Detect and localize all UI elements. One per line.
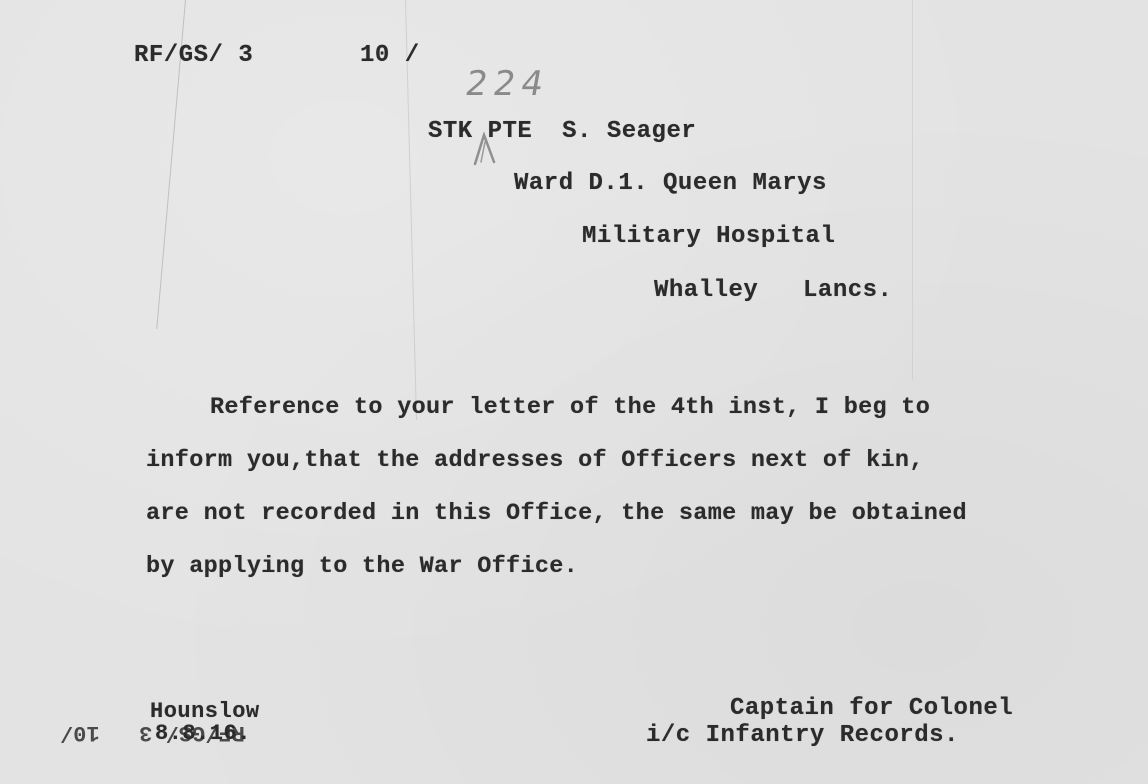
body-line: Reference to your letter of the 4th inst… [146,381,1136,434]
body-line: by applying to the War Office. [146,540,1136,593]
signature-office: i/c Infantry Records. [646,722,959,749]
reference-code: RF/GS/ 3 [134,42,253,69]
letter-date: 8.8.16. [155,721,251,746]
reference-number: 10 / [360,42,420,69]
addressee-town: Whalley Lancs. [654,277,892,304]
letter-body: Reference to your letter of the 4th inst… [146,381,1136,593]
body-line: are not recorded in this Office, the sam… [146,487,1136,540]
addressee-name: STK PTE S. Seager [428,118,696,145]
handwritten-number: 224 [462,64,552,104]
addressee-hospital: Military Hospital [582,223,835,250]
document-page: RF/GS/ 3 10 / 224 STK PTE S. Seager Ward… [0,0,1148,784]
addressee-ward: Ward D.1. Queen Marys [514,170,827,197]
paper-crease [912,0,913,380]
body-line: inform you,that the addresses of Officer… [146,434,1136,487]
signature-title: Captain for Colonel [730,695,1013,722]
